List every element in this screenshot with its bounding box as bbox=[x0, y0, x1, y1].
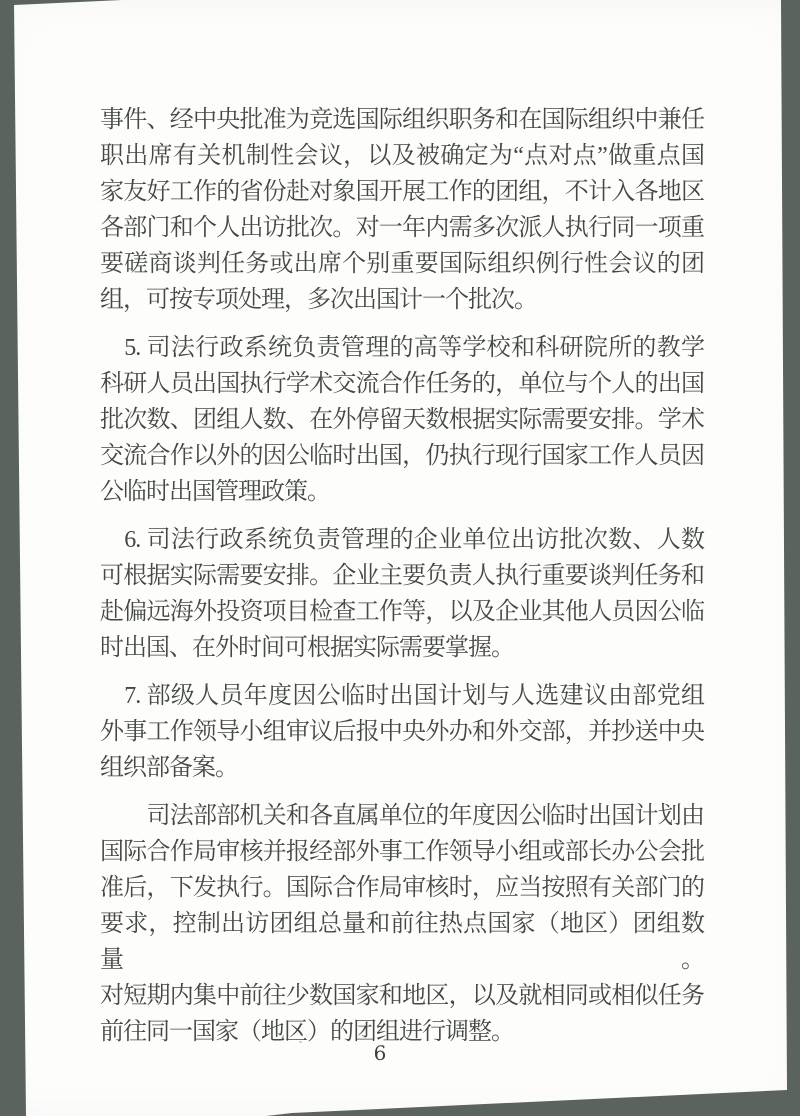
text-line: 7. 部级人员年度因公临时出国计划与人选建议由部党组 bbox=[100, 678, 704, 714]
text-line: 外事工作领导小组审议后报中央外办和外交部，并抄送中央 bbox=[100, 714, 704, 750]
text-line: 职出席有关机制性会议，以及被确定为“点对点”做重点国 bbox=[100, 138, 704, 174]
text-line: 组织部备案。 bbox=[100, 750, 704, 786]
text-line: 要磋商谈判任务或出席个别重要国际组织例行性会议的团 bbox=[100, 246, 704, 282]
text-line: 批次数、团组人数、在外停留天数根据实际需要安排。学术 bbox=[100, 402, 704, 438]
paragraph: 司法部部机关和各直属单位的年度因公临时出国计划由国际合作局审核并报经部外事工作领… bbox=[100, 798, 704, 1050]
text-line: 公临时出国管理政策。 bbox=[100, 474, 704, 510]
paragraph: 5. 司法行政系统负责管理的高等学校和科研院所的教学科研人员出国执行学术交流合作… bbox=[100, 330, 704, 510]
text-line: 事件、经中央批准为竞选国际组织职务和在国际组织中兼任 bbox=[100, 102, 704, 138]
page-number: 6 bbox=[360, 1040, 400, 1066]
text-line: 前往同一国家（地区）的团组进行调整。 bbox=[100, 1014, 704, 1050]
text-line: 国际合作局审核并报经部外事工作领导小组或部长办公会批 bbox=[100, 834, 704, 870]
text-line: 科研人员出国执行学术交流合作任务的，单位与个人的出国 bbox=[100, 366, 704, 402]
document-page: 事件、经中央批准为竞选国际组织职务和在国际组织中兼任职出席有关机制性会议，以及被… bbox=[0, 0, 800, 1116]
text-line: 各部门和个人出访批次。对一年内需多次派人执行同一项重 bbox=[100, 210, 704, 246]
text-line: 6. 司法行政系统负责管理的企业单位出访批次数、人数 bbox=[100, 522, 704, 558]
text-line: 家友好工作的省份赴对象国开展工作的团组，不计入各地区 bbox=[100, 174, 704, 210]
paragraph: 6. 司法行政系统负责管理的企业单位出访批次数、人数可根据实际需要安排。企业主要… bbox=[100, 522, 704, 666]
text-line: 赴偏远海外投资项目检查工作等，以及企业其他人员因公临 bbox=[100, 594, 704, 630]
text-line: 时出国、在外时间可根据实际需要掌握。 bbox=[100, 630, 704, 666]
text-line: 要求，控制出访团组总量和前往热点国家（地区）团组数量。 bbox=[100, 906, 704, 978]
text-line: 司法部部机关和各直属单位的年度因公临时出国计划由 bbox=[100, 798, 704, 834]
paragraph: 事件、经中央批准为竞选国际组织职务和在国际组织中兼任职出席有关机制性会议，以及被… bbox=[100, 102, 704, 318]
text-line: 可根据实际需要安排。企业主要负责人执行重要谈判任务和 bbox=[100, 558, 704, 594]
document-text: 事件、经中央批准为竞选国际组织职务和在国际组织中兼任职出席有关机制性会议，以及被… bbox=[100, 102, 704, 1050]
text-line: 交流合作以外的因公临时出国，仍执行现行国家工作人员因 bbox=[100, 438, 704, 474]
text-line: 对短期内集中前往少数国家和地区，以及就相同或相似任务 bbox=[100, 978, 704, 1014]
text-line: 准后，下发执行。国际合作局审核时，应当按照有关部门的 bbox=[100, 870, 704, 906]
text-line: 组，可按专项处理，多次出国计一个批次。 bbox=[100, 282, 704, 318]
paragraph: 7. 部级人员年度因公临时出国计划与人选建议由部党组外事工作领导小组审议后报中央… bbox=[100, 678, 704, 786]
scan-background: 事件、经中央批准为竞选国际组织职务和在国际组织中兼任职出席有关机制性会议，以及被… bbox=[0, 0, 800, 1116]
text-line: 5. 司法行政系统负责管理的高等学校和科研院所的教学 bbox=[100, 330, 704, 366]
